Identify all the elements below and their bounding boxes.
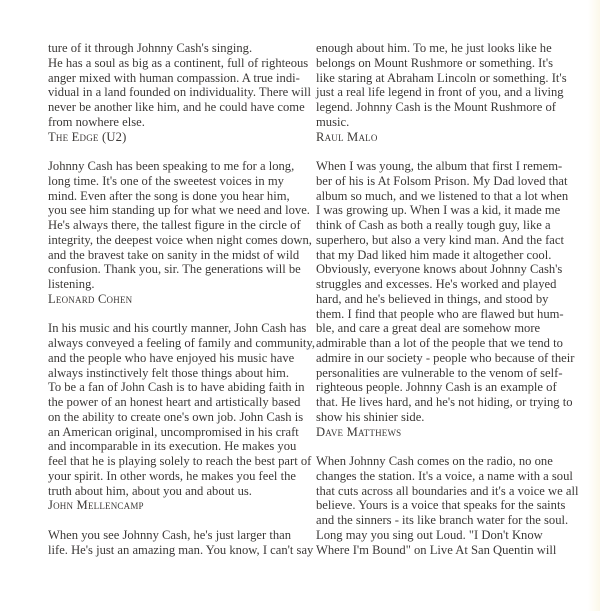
- quote-line: album so much, and we listened to that a…: [316, 189, 568, 204]
- quote-line: righteous people. Johnny Cash is an exam…: [316, 380, 568, 395]
- quote-line: never be another like him, and he could …: [48, 100, 304, 115]
- quote-line: always instinctively felt those things a…: [48, 366, 304, 381]
- quote-line: enough about him. To me, he just looks l…: [316, 41, 568, 56]
- quote-author: The Edge (U2): [48, 130, 304, 145]
- quote-line: just a real life legend in front of you,…: [316, 85, 568, 100]
- quote-line: confusion. Thank you, sir. The generatio…: [48, 262, 304, 277]
- quote-line: When I was young, the album that first I…: [316, 159, 568, 174]
- quote-line: legend. Johnny Cash is the Mount Rushmor…: [316, 100, 568, 115]
- quote-line: personalities are vulnerable to the veno…: [316, 366, 568, 381]
- quote-line: changes the station. It's a voice, a nam…: [316, 469, 568, 484]
- quote-line: ture of it through Johnny Cash's singing…: [48, 41, 304, 56]
- quote-line: your spirit. In other words, he makes yo…: [48, 469, 304, 484]
- quote-line: admirable than a lot of the people that …: [316, 336, 568, 351]
- quote-line: Johnny Cash has been speaking to me for …: [48, 159, 304, 174]
- quote-line: feel that he is playing solely to reach …: [48, 454, 304, 469]
- quote-line: the power of an honest heart and artisti…: [48, 395, 304, 410]
- quote-line: that my Dad liked him made it altogether…: [316, 248, 568, 263]
- quote-line: you see him standing up for what we need…: [48, 203, 304, 218]
- quote-line: that. He lives hard, and he's not hiding…: [316, 395, 568, 410]
- quote-line: always conveyed a feeling of family and …: [48, 336, 304, 351]
- quote-line: and incomparable in its execution. He ma…: [48, 439, 304, 454]
- quote-line: like staring at Abraham Lincoln or somet…: [316, 71, 568, 86]
- quote-line: listening.: [48, 277, 304, 292]
- quote-line: anger mixed with human compassion. A tru…: [48, 71, 304, 86]
- quote-line: music.: [316, 115, 568, 130]
- quote-line: In his music and his courtly manner, Joh…: [48, 321, 304, 336]
- quote-line: belongs on Mount Rushmore or something. …: [316, 56, 568, 71]
- quote-line: that cuts across all boundaries and it's…: [316, 484, 568, 499]
- quote-line: believe. Yours is a voice that speaks fo…: [316, 498, 568, 513]
- quote-line: To be a fan of John Cash is to have abid…: [48, 380, 304, 395]
- quote-john-mellencamp: In his music and his courtly manner, Joh…: [48, 321, 304, 513]
- quote-line: life. He's just an amazing man. You know…: [48, 543, 304, 558]
- quote-line: think of Cash as both a really tough guy…: [316, 218, 568, 233]
- quote-the-edge: ture of it through Johnny Cash's singing…: [48, 41, 304, 144]
- quote-line: mind. Even after the song is done you he…: [48, 189, 304, 204]
- quote-line: superhero, but also a very kind man. And…: [316, 233, 568, 248]
- quote-line: Long may you sing out Loud. "I Don't Kno…: [316, 528, 568, 543]
- quote-line: show his shinier side.: [316, 410, 568, 425]
- quote-line: and the people who have enjoyed his musi…: [48, 351, 304, 366]
- quote-author: Raul Malo: [316, 130, 568, 145]
- page-edge-strip: [588, 0, 600, 611]
- quote-author: Leonard Cohen: [48, 292, 304, 307]
- quote-line: them. I find that people who are flawed …: [316, 307, 568, 322]
- quote-author: Dave Matthews: [316, 425, 568, 440]
- left-column: ture of it through Johnny Cash's singing…: [48, 41, 304, 572]
- quote-line: and the bravest take on sanity in the mi…: [48, 248, 304, 263]
- quote-line: Obviously, everyone knows about Johnny C…: [316, 262, 568, 277]
- quote-line: ble, and care a great deal are somehow m…: [316, 321, 568, 336]
- quote-line: When you see Johnny Cash, he's just larg…: [48, 528, 304, 543]
- quote-line: an American original, uncompromised in h…: [48, 425, 304, 440]
- quote-line: When Johnny Cash comes on the radio, no …: [316, 454, 568, 469]
- quote-leonard-cohen: Johnny Cash has been speaking to me for …: [48, 159, 304, 307]
- quote-raul-malo: enough about him. To me, he just looks l…: [316, 41, 568, 144]
- quote-continuing: When Johnny Cash comes on the radio, no …: [316, 454, 568, 557]
- quote-line: ber of his is At Folsom Prison. My Dad l…: [316, 174, 568, 189]
- quote-line: He has a soul as big as a continent, ful…: [48, 56, 304, 71]
- right-column: enough about him. To me, he just looks l…: [316, 41, 568, 572]
- quote-line: from nowhere else.: [48, 115, 304, 130]
- quote-line: He's always there, the tallest figure in…: [48, 218, 304, 233]
- quote-raul-malo-start: When you see Johnny Cash, he's just larg…: [48, 528, 304, 558]
- quote-line: vidual in a land founded on individualit…: [48, 85, 304, 100]
- quote-line: truth about him, about you and about us.: [48, 484, 304, 499]
- quote-line: hard, and he's believed in things, and s…: [316, 292, 568, 307]
- quote-dave-matthews: When I was young, the album that first I…: [316, 159, 568, 439]
- quote-line: long time. It's one of the sweetest voic…: [48, 174, 304, 189]
- quote-line: admire in our society - people who becau…: [316, 351, 568, 366]
- quote-author: John Mellencamp: [48, 498, 304, 513]
- quote-line: on the ability to create one's own job. …: [48, 410, 304, 425]
- quote-line: integrity, the deepest voice when night …: [48, 233, 304, 248]
- quote-line: I was growing up. When I was a kid, it m…: [316, 203, 568, 218]
- quote-line: Where I'm Bound" on Live At San Quentin …: [316, 543, 568, 558]
- quote-line: and the sinners - its like branch water …: [316, 513, 568, 528]
- quote-line: struggles and excesses. He's worked and …: [316, 277, 568, 292]
